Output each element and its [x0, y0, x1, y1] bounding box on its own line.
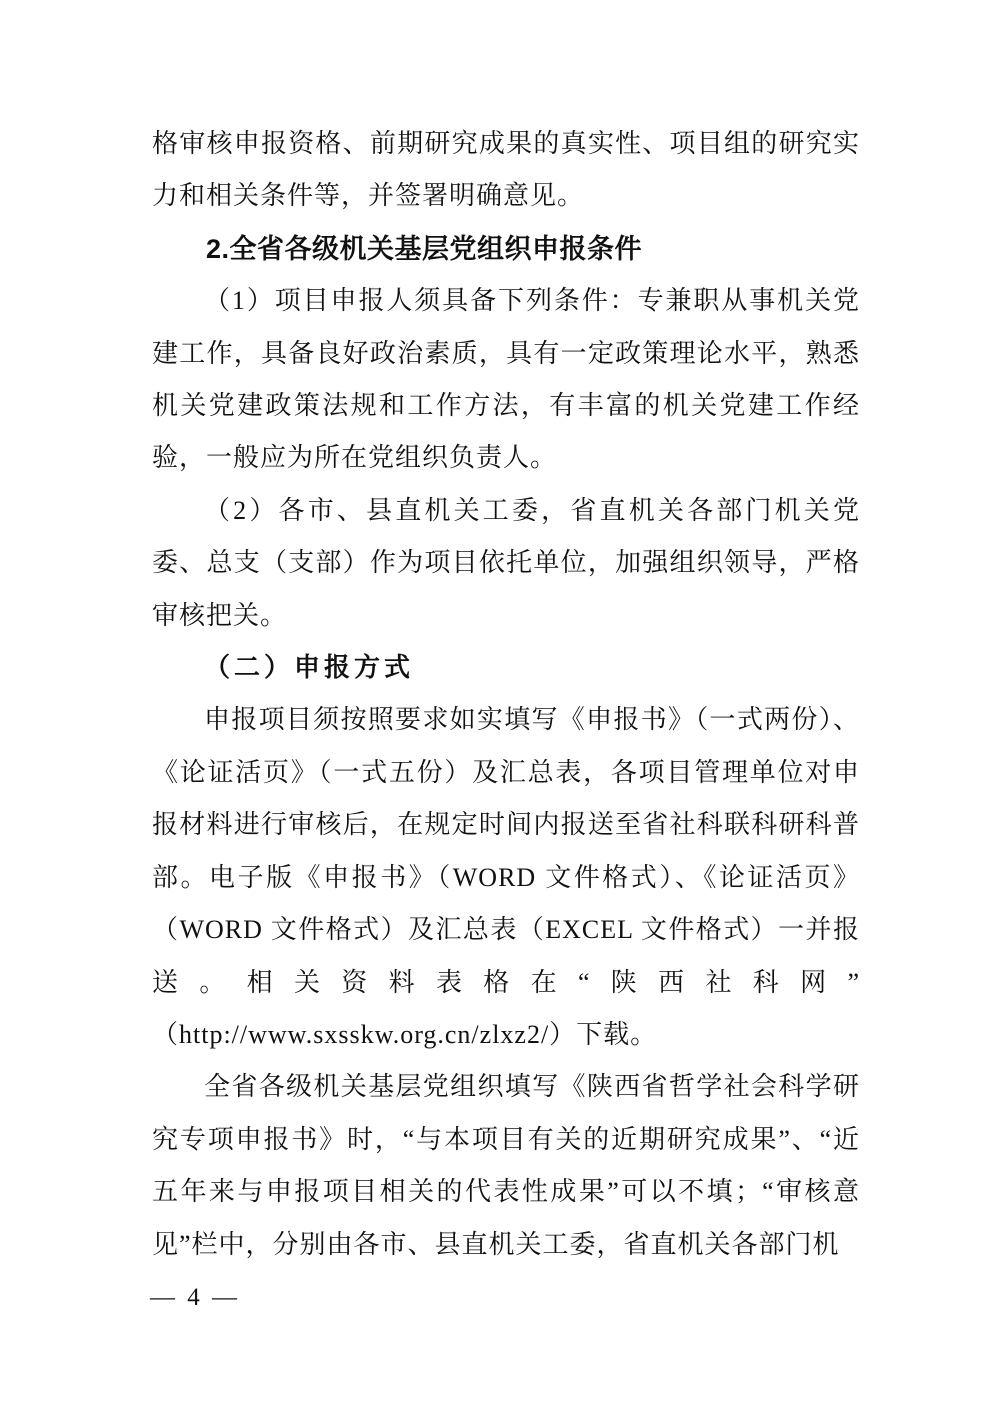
heading-level3: （二）申报方式	[152, 642, 860, 694]
document-body: 格审核申报资格、前期研究成果的真实性、项目组的研究实力和相关条件等，并签署明确意…	[152, 118, 860, 1271]
heading-level2: 2.全省各级机关基层党组织申报条件	[152, 223, 860, 275]
document-page: 格审核申报资格、前期研究成果的真实性、项目组的研究实力和相关条件等，并签署明确意…	[0, 0, 1000, 1414]
paragraph-continuation: 格审核申报资格、前期研究成果的真实性、项目组的研究实力和相关条件等，并签署明确意…	[152, 118, 860, 223]
paragraph-filling-notes: 全省各级机关基层党组织填写《陕西省哲学社会科学研究专项申报书》时，“与本项目有关…	[152, 1061, 860, 1271]
page-number: — 4 —	[150, 1284, 240, 1312]
paragraph-item-1: （1）项目申报人须具备下列条件：专兼职从事机关党建工作，具备良好政治素质，具有一…	[152, 275, 860, 485]
paragraph-declaration-method: 申报项目须按照要求如实填写《申报书》（一式两份）、《论证活页》（一式五份）及汇总…	[152, 694, 860, 1061]
paragraph-item-2: （2）各市、县直机关工委，省直机关各部门机关党委、总支（支部）作为项目依托单位，…	[152, 485, 860, 642]
